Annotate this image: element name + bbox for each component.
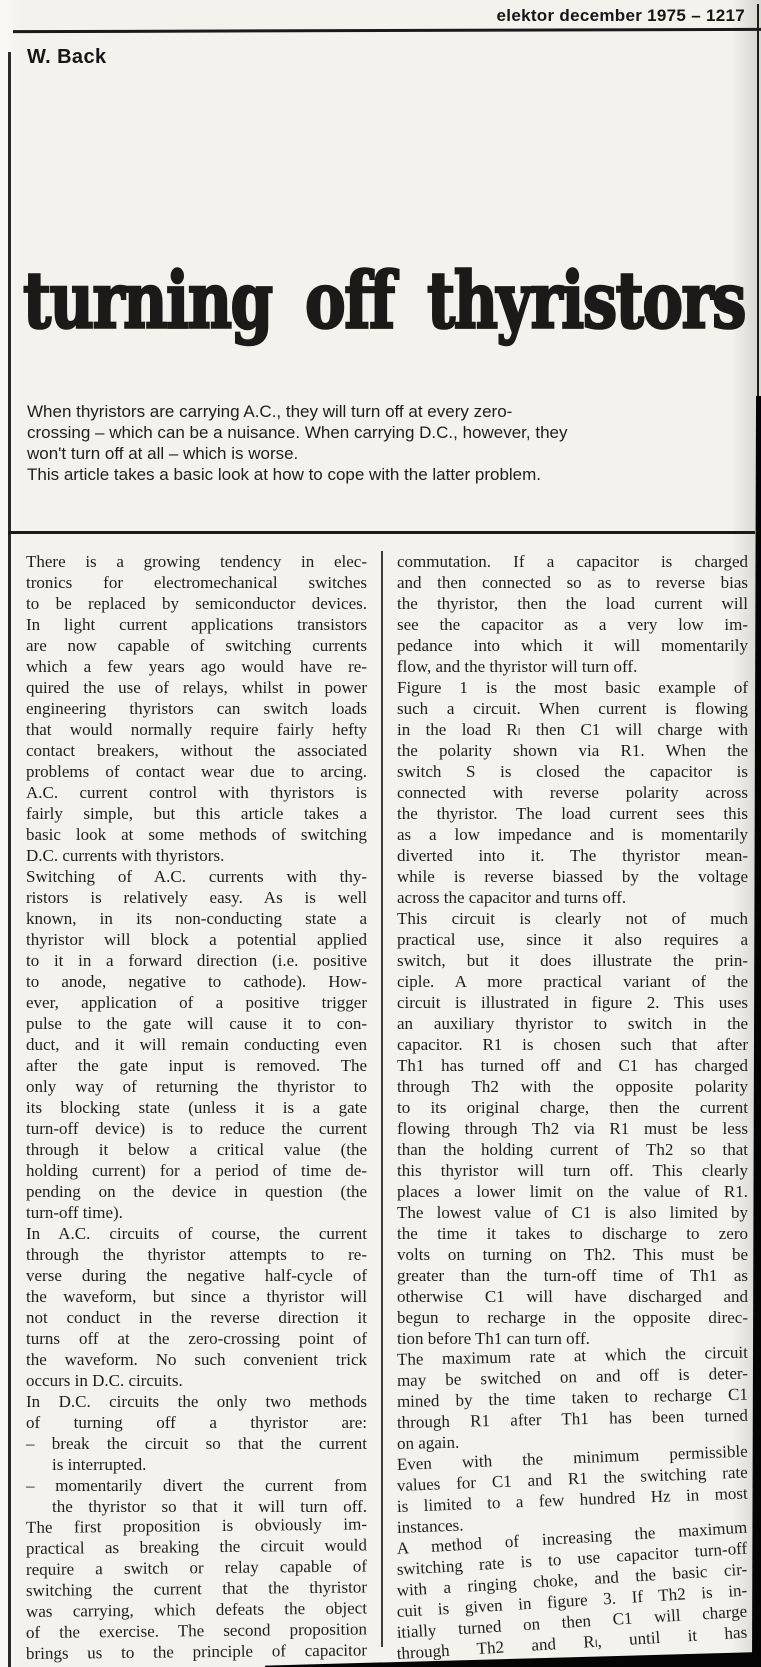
text-line: This article takes a basic look at how t…	[27, 464, 747, 485]
text-line: the waveform. No such convenient trick	[26, 1349, 367, 1370]
text-line: volts on turning on Th2. This must be	[397, 1244, 748, 1265]
text-line: occurs in D.C. circuits.	[26, 1370, 367, 1391]
text-line: ciple. A more practical variant of the	[397, 971, 748, 992]
text-line: won't turn off at all – which is worse.	[27, 443, 747, 464]
text-line: basic look at some methods of switching	[26, 824, 367, 845]
text-line: diverted into it. The thyristor mean-	[397, 845, 748, 866]
text-line: In light current applications transistor…	[26, 614, 367, 635]
text-line: greater than the turn-off time of Th1 as	[397, 1265, 748, 1286]
text-line: capacitor. R1 is chosen such that after	[397, 1034, 748, 1055]
text-line: pulse to the gate will cause it to con-	[26, 1013, 367, 1034]
text-line: the thyristor, then the load current wil…	[397, 593, 748, 614]
text-line: are now capable of switching currents	[26, 635, 367, 656]
text-line: circuit is illustrated in figure 2. This…	[397, 992, 748, 1013]
text-line: Switching of A.C. currents with thy-	[26, 866, 367, 887]
text-line: an auxiliary thyristor to switch in the	[397, 1013, 748, 1034]
text-line: than the holding current of Th2 so that	[397, 1139, 748, 1160]
text-line: to be replaced by semiconductor devices.	[26, 593, 367, 614]
text-line: A.C. current control with thyristors is	[26, 782, 367, 803]
text-line: not conduct in the reverse direction it	[26, 1307, 367, 1328]
text-line: – momentarily divert the current from	[26, 1475, 367, 1496]
text-line: its blocking state (unless it is a gate	[26, 1097, 367, 1118]
text-line: known, in its non-conducting state a	[26, 908, 367, 929]
text-line: otherwise C1 will have discharged and	[397, 1286, 748, 1307]
text-line: connected with reverse polarity across	[397, 782, 748, 803]
text-line: pending on the device in question (the	[26, 1181, 367, 1202]
scan-edge-right-thin	[757, 4, 759, 396]
text-line: to its original charge, then the current	[397, 1097, 748, 1118]
text-line: Th1 has turned off and C1 has charged	[397, 1055, 748, 1076]
text-line: switch, but it does illustrate the prin-	[397, 950, 748, 971]
text-line: to anode, negative to cathode). How-	[26, 971, 367, 992]
text-line: the thyristor. The load current sees thi…	[397, 803, 748, 824]
text-line: quired the use of relays, whilst in powe…	[26, 677, 367, 698]
column-divider	[381, 551, 383, 1647]
text-line: D.C. currents with thyristors.	[26, 845, 367, 866]
text-line: There is a growing tendency in elec-	[26, 551, 367, 572]
text-line: places a lower limit on the value of R1.	[397, 1181, 748, 1202]
text-line: flow, and the thyristor will turn off.	[397, 656, 748, 677]
text-line: In A.C. circuits of course, the current	[26, 1223, 367, 1244]
left-border-rule	[8, 52, 11, 1667]
title-word-off: off	[305, 262, 394, 340]
text-line: ristors is relatively easy. As is well	[26, 887, 367, 908]
text-line: through the thyristor attempts to re-	[26, 1244, 367, 1265]
text-line: flowing through Th2 via R1 must be less	[397, 1118, 748, 1139]
text-line: turns off at the zero-crossing point of	[26, 1328, 367, 1349]
text-line: see the capacitor as a very low im-	[397, 614, 748, 635]
text-line: that would normally require fairly hefty	[26, 719, 367, 740]
text-line: – break the circuit so that the current	[26, 1433, 367, 1454]
text-line: commutation. If a capacitor is charged	[397, 551, 748, 572]
text-line: after the gate input is removed. The	[26, 1055, 367, 1076]
text-line: begun to recharge in the opposite direc-	[397, 1307, 748, 1328]
text-line: brings us to the principle of capacitor	[26, 1639, 367, 1664]
article-title: turning off thyristors	[23, 262, 745, 340]
text-line: to it in a forward direction (i.e. posit…	[26, 950, 367, 971]
text-line: of turning off a thyristor are:	[26, 1412, 367, 1433]
text-line: the polarity shown via R1. When the	[397, 740, 748, 761]
text-line: In D.C. circuits the only two methods	[26, 1391, 367, 1412]
text-line: the time it takes to discharge to zero	[397, 1223, 748, 1244]
text-line: while is reverse biassed by the voltage	[397, 866, 748, 887]
mid-rule	[8, 531, 755, 534]
scan-edge-right	[752, 396, 761, 1667]
text-line: The lowest value of C1 is also limited b…	[397, 1202, 748, 1223]
text-line: crossing – which can be a nuisance. When…	[27, 422, 747, 443]
text-line: holding current) for a period of time de…	[26, 1160, 367, 1181]
text-line: as a low impedance and is momentarily	[397, 824, 748, 845]
text-line: practical use, since it also requires a	[397, 929, 748, 950]
text-line: through Th2 with the opposite polarity	[397, 1076, 748, 1097]
top-rule	[13, 28, 761, 33]
body-column-left: There is a growing tendency in elec-tron…	[26, 551, 367, 1664]
page-header: elektor december 1975 – 1217	[497, 6, 745, 26]
text-line: switch S is closed the capacitor is	[397, 761, 748, 782]
text-line: verse during the negative half-cycle of	[26, 1265, 367, 1286]
text-line: turn-off device) is to reduce the curren…	[26, 1118, 367, 1139]
text-line: across the capacitor and turns off.	[397, 887, 748, 908]
text-line: this thyristor will turn off. This clear…	[397, 1160, 748, 1181]
text-line: the waveform, but since a thyristor will	[26, 1286, 367, 1307]
text-line: thyristor will block a potential applied	[26, 929, 367, 950]
text-line: through it below a critical value (the	[26, 1139, 367, 1160]
text-line: When thyristors are carrying A.C., they …	[27, 401, 747, 422]
text-line: pedance into which it will momentarily	[397, 635, 748, 656]
text-line: in the load Rₗ then C1 will charge with	[397, 719, 748, 740]
text-line: engineering thyristors can switch loads	[26, 698, 367, 719]
text-line: such a circuit. When current is flowing	[397, 698, 748, 719]
text-line: duct, and it will remain conducting even	[26, 1034, 367, 1055]
text-line: which a few years ago would have re-	[26, 656, 367, 677]
text-line: problems of contact wear due to arcing.	[26, 761, 367, 782]
text-line: contact breakers, without the associated	[26, 740, 367, 761]
text-line: only way of returning the thyristor to	[26, 1076, 367, 1097]
text-line: and then connected so as to reverse bias	[397, 572, 748, 593]
author-name: W. Back	[27, 46, 107, 69]
text-line: turn-off time).	[26, 1202, 367, 1223]
text-line: Figure 1 is the most basic example of	[397, 677, 748, 698]
text-line: This circuit is clearly not of much	[397, 908, 748, 929]
text-line: fairly simple, but this article takes a	[26, 803, 367, 824]
intro-standfirst: When thyristors are carrying A.C., they …	[27, 401, 747, 485]
body-column-right: commutation. If a capacitor is chargedan…	[397, 551, 748, 1664]
title-word-turning: turning	[23, 262, 272, 340]
text-line: ever, application of a positive trigger	[26, 992, 367, 1013]
text-line: is interrupted.	[26, 1454, 367, 1475]
title-word-thyristors: thyristors	[427, 262, 745, 340]
text-line: tronics for electromechanical switches	[26, 572, 367, 593]
